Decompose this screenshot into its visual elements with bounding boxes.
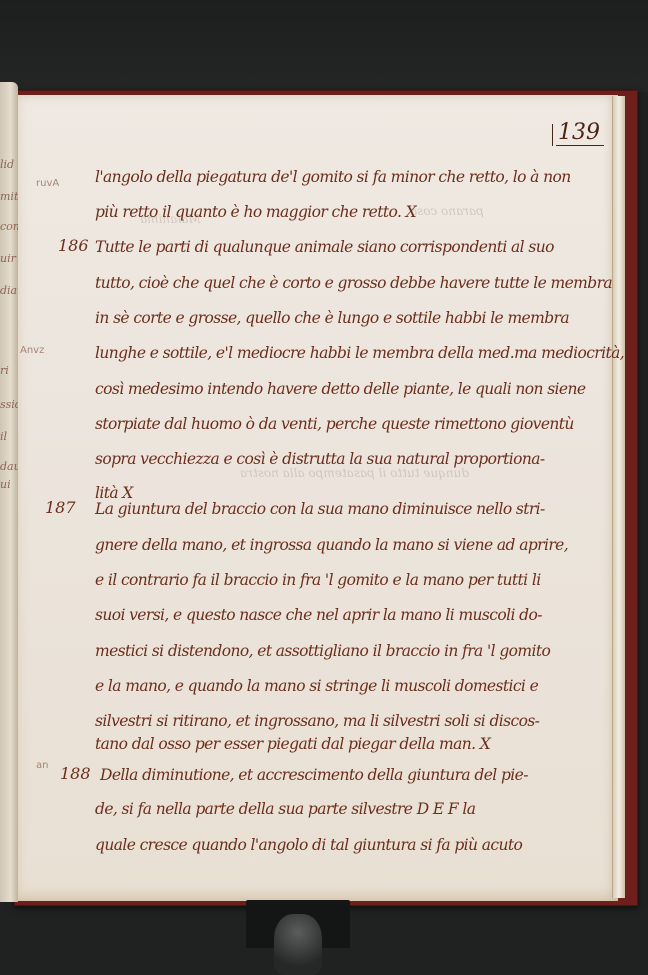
text-line: sopra vecchiezza e così è distrutta la s… <box>95 450 545 468</box>
text-line: gnere della mano, et ingrossa quando la … <box>95 536 568 554</box>
left-page-fragment: com <box>0 220 18 233</box>
folio-bracket <box>552 124 557 146</box>
left-page-fragment: ui <box>0 478 11 491</box>
margin-mark: an <box>36 760 48 771</box>
paragraph-number: 188 <box>60 764 91 783</box>
text-line: tutto, cioè che quel che è corto e gross… <box>95 274 612 292</box>
text-line: Della diminutione, et accrescimento dell… <box>100 766 528 784</box>
text-line: lunghe e sottile, e'l mediocre habbi le … <box>95 344 624 362</box>
margin-mark: Anvz <box>20 345 44 356</box>
stand-knob <box>274 914 322 975</box>
bleed-through-text: dunque tutto il pasatempo alla nostra <box>240 466 469 480</box>
left-page-fragment: mit <box>0 190 18 203</box>
paragraph-number: 187 <box>45 498 76 517</box>
bleed-through-text: parano cosa <box>410 204 484 218</box>
text-line: de, si fa nella parte della sua parte si… <box>95 800 475 818</box>
text-line: e la mano, e quando la mano si stringe l… <box>95 677 538 695</box>
text-line: silvestri si ritirano, et ingrossano, ma… <box>95 712 539 730</box>
left-facing-page-edge: lid mit com uir dia ri ssid il dau ui <box>0 82 18 902</box>
book-stand-clamp <box>246 900 350 975</box>
text-line: l'angolo della piegatura de'l gomito si … <box>95 168 571 186</box>
folio-number: 139 <box>556 120 604 146</box>
text-line: Tutte le parti di qualunque animale sian… <box>95 238 554 256</box>
text-line: quale cresce quando l'angolo di tal giun… <box>95 836 522 854</box>
left-page-fragment: lid <box>0 158 14 171</box>
paragraph-number: 186 <box>58 236 89 255</box>
text-line: in sè corte e grosse, quello che è lungo… <box>95 309 569 327</box>
left-page-fragment: ssid <box>0 398 18 411</box>
text-line: mestici si distendono, et assottigliano … <box>95 642 550 660</box>
left-page-fragment: ri <box>0 364 9 377</box>
background-top <box>0 0 648 92</box>
text-line: La giuntura del braccio con la sua mano … <box>95 500 545 518</box>
left-page-fragment: dau <box>0 460 18 473</box>
text-line: suoi versi, e questo nasce che nel aprir… <box>95 606 542 624</box>
folio-number-text: 139 <box>558 120 600 145</box>
text-line: storpiate dal huomo ò da venti, perche q… <box>95 415 574 433</box>
text-line: così medesimo intendo havere detto delle… <box>95 380 585 398</box>
text-line: e il contrario fa il braccio in fra 'l g… <box>95 571 541 589</box>
left-page-fragment: uir <box>0 252 16 265</box>
left-page-fragment: il <box>0 430 7 443</box>
text-line: più retto il quanto è ho maggior che ret… <box>95 203 416 221</box>
text-line: tano dal osso per esser piegati dal pieg… <box>95 735 490 753</box>
left-page-fragment: dia <box>0 284 17 297</box>
page-stack-edge <box>612 96 625 898</box>
margin-mark: ruvA <box>36 178 59 189</box>
